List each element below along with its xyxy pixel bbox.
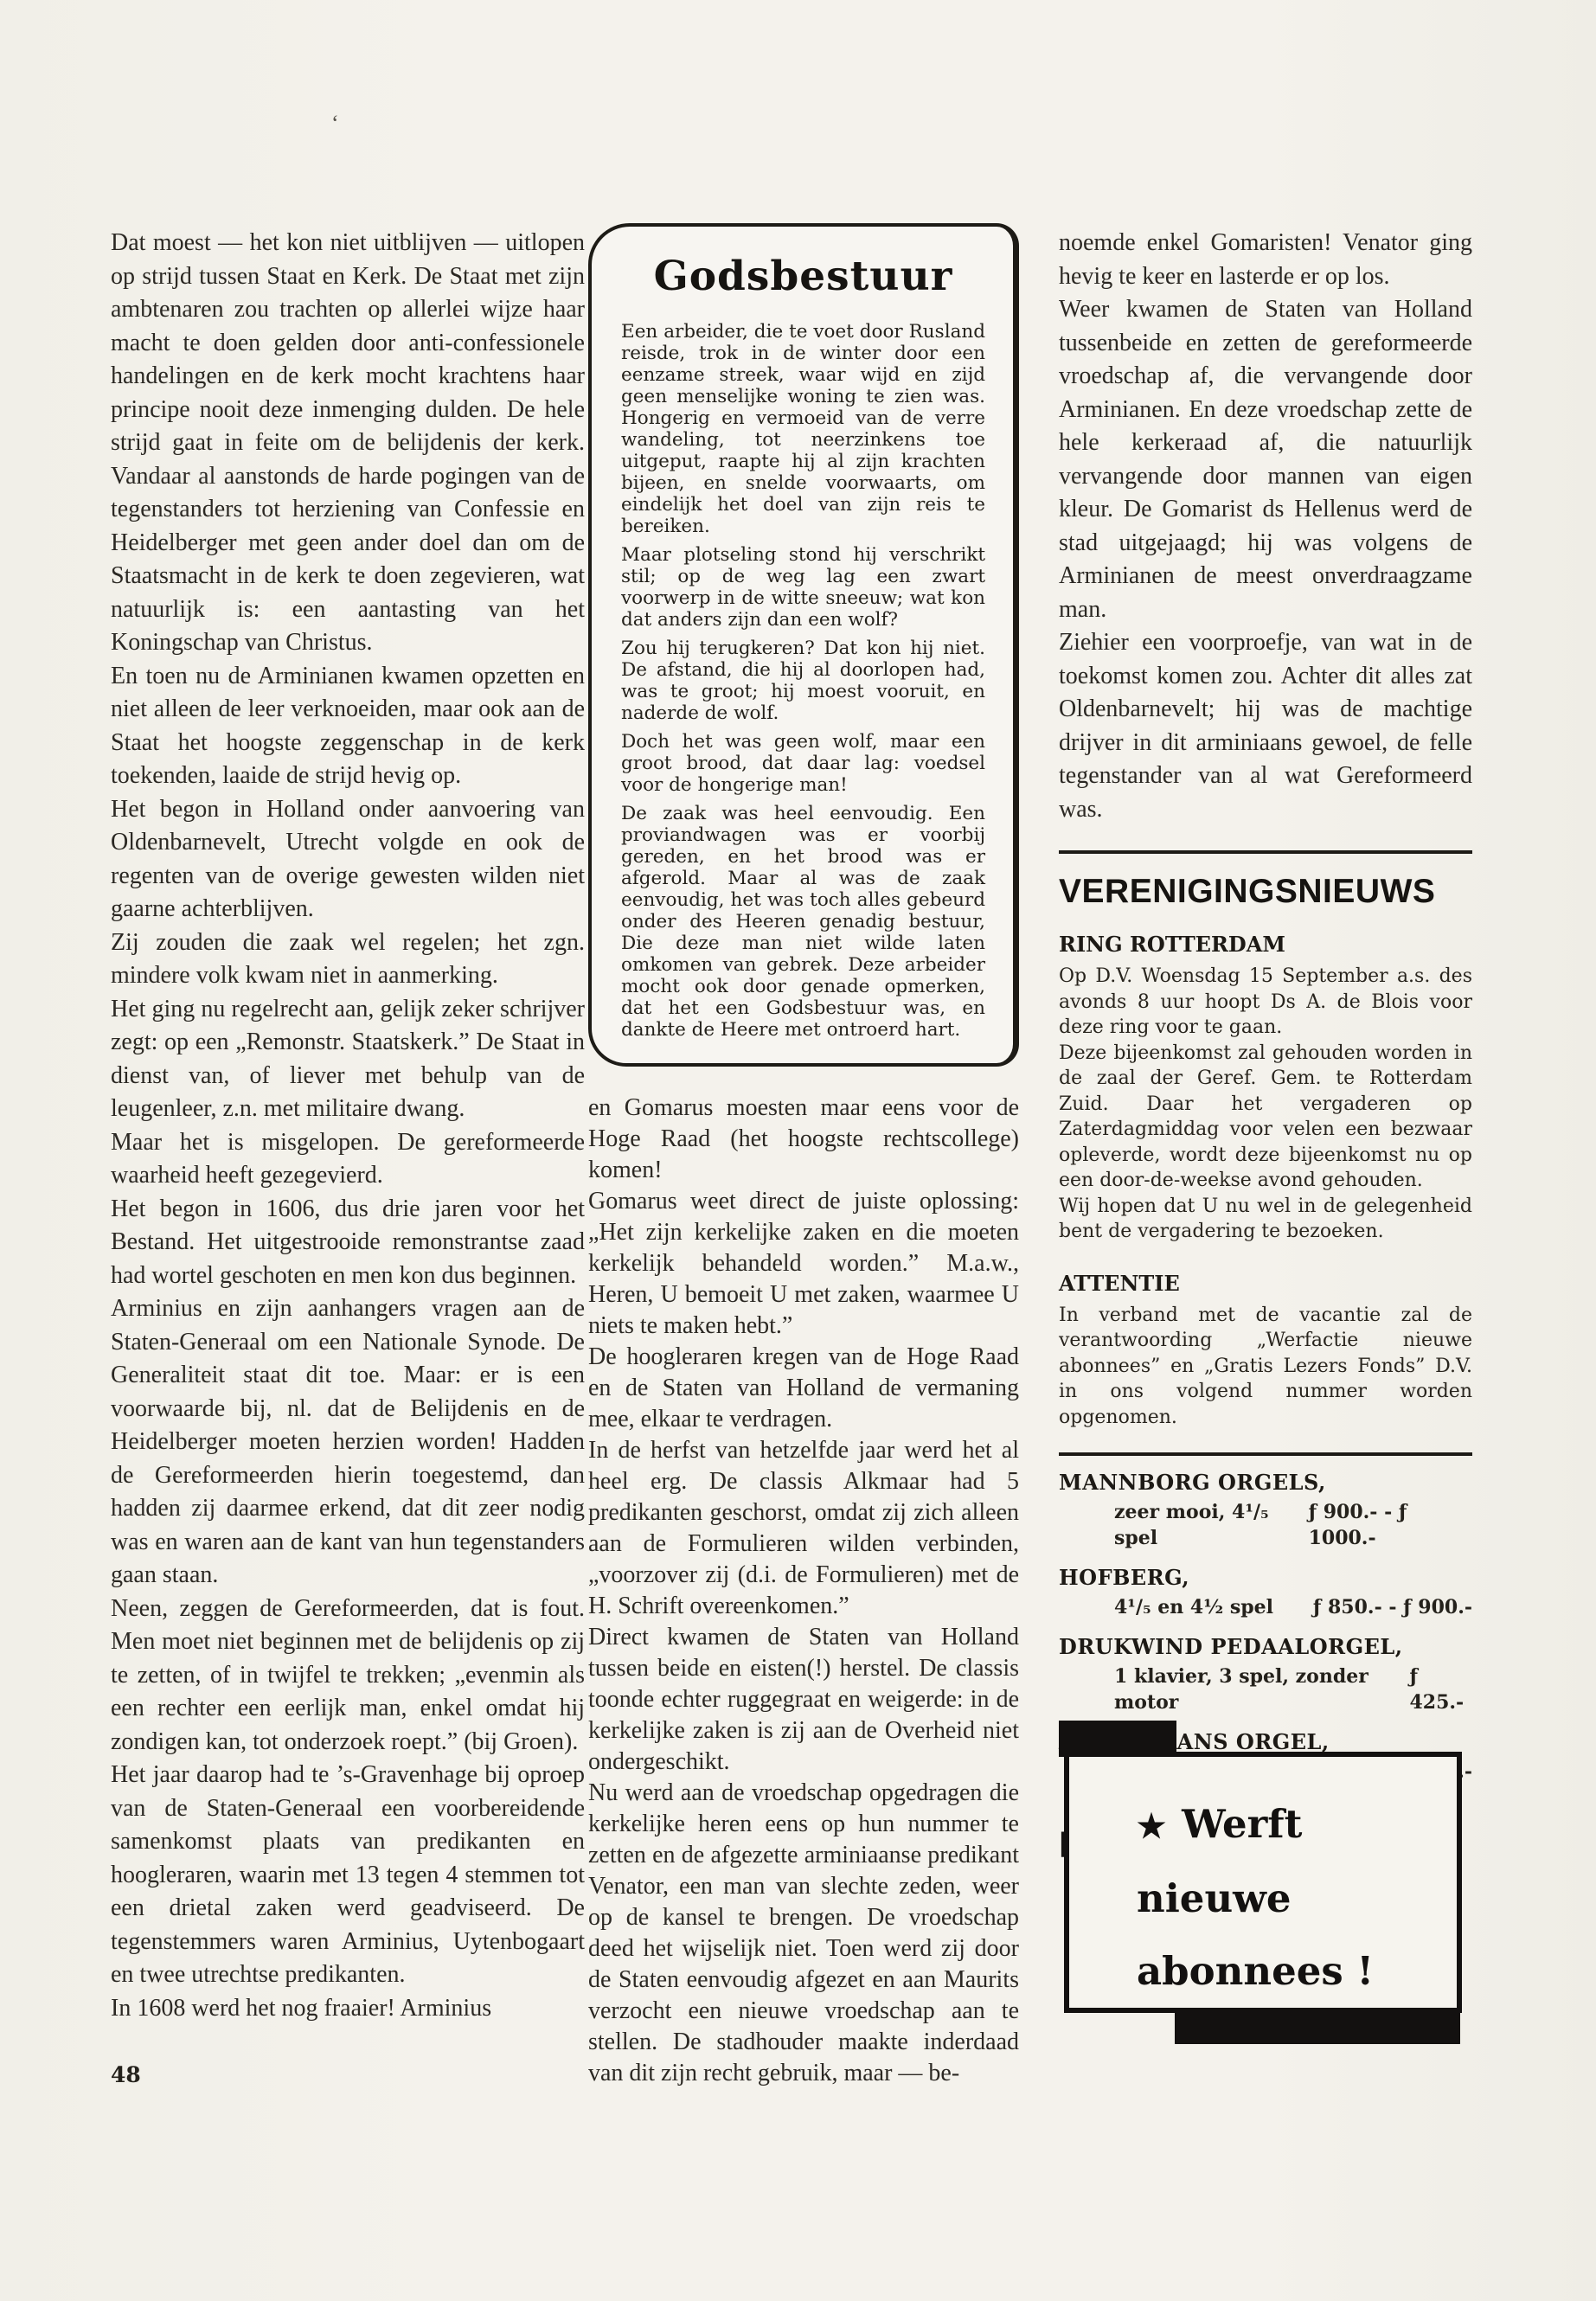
- paragraph: en Gomarus moesten maar eens voor de Hog…: [588, 1093, 1019, 1186]
- ad-price: ƒ 850.- - ƒ 900.-: [1313, 1594, 1472, 1620]
- section-rule: [1059, 1452, 1472, 1456]
- paragraph: Zij zouden die zaak wel regelen; het zgn…: [111, 926, 585, 993]
- right-column: noemde enkel Gomaristen! Venator ging he…: [1059, 227, 1472, 1949]
- scan-mark: ‘: [331, 111, 339, 137]
- promo-line: ★Werft: [1137, 1788, 1457, 1862]
- section-rule: [1059, 850, 1472, 854]
- ad-item: DRUKWIND PEDAALORGEL, 1 klavier, 3 spel,…: [1059, 1634, 1472, 1715]
- ad-price: ƒ 900.- - ƒ 1000.-: [1309, 1499, 1472, 1551]
- ad-name: HOFBERG,: [1059, 1565, 1472, 1590]
- paragraph: Ziehier een voorproefje, van wat in de t…: [1059, 626, 1472, 826]
- paragraph: Het ging nu regelrecht aan, gelijk zeker…: [111, 993, 585, 1126]
- ad-detail: 1 klavier, 3 spel, zonder motor ƒ 425.-: [1059, 1663, 1472, 1715]
- middle-column-text: en Gomarus moesten maar eens voor de Hog…: [588, 1093, 1019, 2089]
- paragraph: Dat moest — het kon niet uitblijven — ui…: [111, 227, 585, 660]
- paragraph: noemde enkel Gomaristen! Venator ging he…: [1059, 227, 1472, 293]
- promo-text: ★Werft nieuwe abonnees !: [1069, 1757, 1457, 2008]
- right-column-text: noemde enkel Gomaristen! Venator ging he…: [1059, 227, 1472, 826]
- paragraph: Maar het is misgelopen. De gereformeerde…: [111, 1126, 585, 1193]
- paragraph: Deze bijeenkomst zal gehouden worden in …: [1059, 1041, 1472, 1194]
- ad-detail: 4¹/₅ en 4½ spel ƒ 850.- - ƒ 900.-: [1059, 1594, 1472, 1620]
- ad-detail: zeer mooi, 4¹/₅ spel ƒ 900.- - ƒ 1000.-: [1059, 1499, 1472, 1551]
- news-section-attentie: ATTENTIE In verband met de vacantie zal …: [1059, 1271, 1472, 1431]
- news-section-title: ATTENTIE: [1059, 1271, 1472, 1296]
- ad-name: MANNBORG ORGELS,: [1059, 1470, 1472, 1495]
- paragraph: Direct kwamen de Staten van Holland tuss…: [588, 1622, 1019, 1778]
- left-column: Dat moest — het kon niet uitblijven — ui…: [111, 227, 585, 2025]
- promo-box: ★Werft nieuwe abonnees !: [1059, 1721, 1472, 2044]
- paragraph: Doch het was geen wolf, maar een groot b…: [621, 731, 985, 796]
- paragraph: Maar plotseling stond hij verschrikt sti…: [621, 544, 985, 631]
- promo-line: abonnees !: [1137, 1935, 1457, 2008]
- paragraph: En toen nu de Arminianen kwamen opzetten…: [111, 660, 585, 793]
- ad-desc: 1 klavier, 3 spel, zonder motor: [1114, 1663, 1409, 1715]
- promo-word: Werft: [1182, 1801, 1302, 1847]
- paragraph: Het jaar daarop had te ’s-Gravenhage bij…: [111, 1759, 585, 1992]
- paragraph: In 1608 werd het nog fraaier! Arminius: [111, 1992, 585, 2026]
- news-heading: VERENIGINGSNIEUWS: [1059, 873, 1472, 911]
- godsbestuur-box: Godsbestuur Een arbeider, die te voet do…: [588, 223, 1019, 1067]
- paragraph: De zaak was heel eenvoudig. Een proviand…: [621, 803, 985, 1041]
- paragraph: In verband met de vacantie zal de verant…: [1059, 1303, 1472, 1431]
- paragraph: Een arbeider, die te voet door Rusland r…: [621, 321, 985, 537]
- paragraph: In de herfst van hetzelfde jaar werd het…: [588, 1435, 1019, 1622]
- paragraph: Op D.V. Woensdag 15 September a.s. des a…: [1059, 964, 1472, 1041]
- box-title: Godsbestuur: [621, 253, 985, 300]
- page-number: 48: [111, 2062, 141, 2087]
- ad-name: DRUKWIND PEDAALORGEL,: [1059, 1634, 1472, 1659]
- paragraph: Het begon in 1606, dus drie jaren voor h…: [111, 1193, 585, 1293]
- star-icon: ★: [1137, 1806, 1166, 1845]
- paragraph: Arminius en zijn aanhangers vragen aan d…: [111, 1292, 585, 1593]
- paragraph: Zou hij terugkeren? Dat kon hij niet. De…: [621, 638, 985, 724]
- ad-price: ƒ 425.-: [1409, 1663, 1472, 1715]
- news-section-title: RING ROTTERDAM: [1059, 932, 1472, 957]
- ad-desc: 4¹/₅ en 4½ spel: [1114, 1594, 1273, 1620]
- paragraph: Weer kwamen de Staten van Holland tussen…: [1059, 293, 1472, 626]
- promo-line: nieuwe: [1137, 1862, 1457, 1935]
- promo-frame: ★Werft nieuwe abonnees !: [1064, 1752, 1462, 2013]
- scanned-magazine-page: ‘ Dat moest — het kon niet uitblijven — …: [0, 0, 1596, 2301]
- promo-bottom-bar: [1175, 2011, 1460, 2044]
- ad-desc: zeer mooi, 4¹/₅ spel: [1114, 1499, 1309, 1551]
- paragraph: Neen, zeggen de Gereformeerden, dat is f…: [111, 1593, 585, 1759]
- paragraph: De hoogleraren kregen van de Hoge Raad e…: [588, 1342, 1019, 1435]
- paragraph: Wij hopen dat U nu wel in de gelegenheid…: [1059, 1194, 1472, 1245]
- ad-item: MANNBORG ORGELS, zeer mooi, 4¹/₅ spel ƒ …: [1059, 1470, 1472, 1551]
- middle-column: Godsbestuur Een arbeider, die te voet do…: [588, 223, 1019, 2089]
- paragraph: Het begon in Holland onder aanvoering va…: [111, 793, 585, 926]
- news-section-ring-rotterdam: RING ROTTERDAM Op D.V. Woensdag 15 Septe…: [1059, 932, 1472, 1245]
- paragraph: Gomarus weet direct de juiste oplossing:…: [588, 1186, 1019, 1342]
- paragraph: Nu werd aan de vroedschap opgedragen die…: [588, 1778, 1019, 2089]
- ad-item: HOFBERG, 4¹/₅ en 4½ spel ƒ 850.- - ƒ 900…: [1059, 1565, 1472, 1620]
